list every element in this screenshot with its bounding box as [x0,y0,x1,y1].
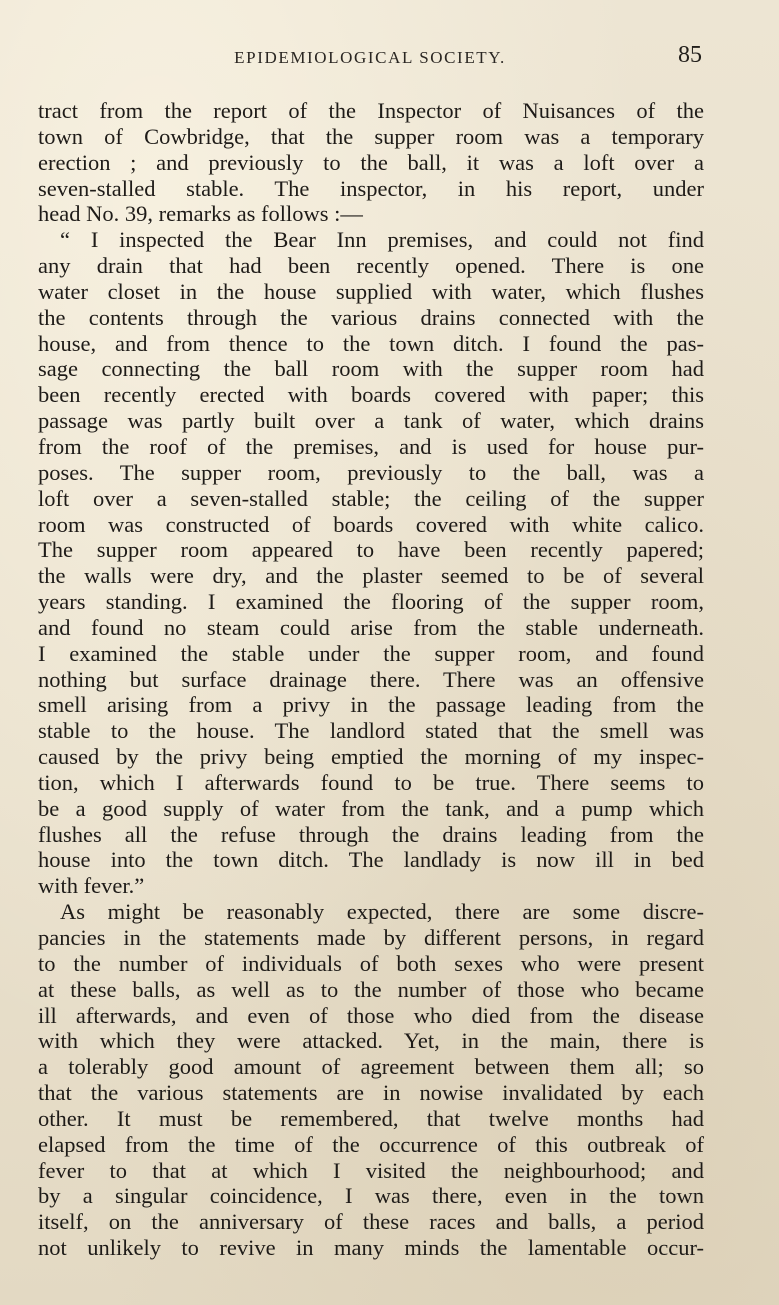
text-line: fever to that at which I visited the nei… [38,1158,704,1184]
running-head: EPIDEMIOLOGICAL SOCIETY. 85 [38,44,702,74]
text-line: and found no steam could arise from the … [38,615,704,641]
text-line: not unlikely to revive in many minds the… [38,1235,704,1261]
text-line: house into the town ditch. The landlady … [38,847,704,873]
text-line: tion, which I afterwards found to be tru… [38,770,704,796]
text-line: water closet in the house supplied with … [38,279,704,305]
text-line: by a singular coincidence, I was there, … [38,1183,704,1209]
text-line: caused by the privy being emptied the mo… [38,744,704,770]
text-line: poses. The supper room, previously to th… [38,460,704,486]
text-line: with which they were attacked. Yet, in t… [38,1028,704,1054]
text-line: The supper room appeared to have been re… [38,537,704,563]
text-line: head No. 39, remarks as follows :— [38,201,704,227]
text-line: erection ; and previously to the ball, i… [38,150,704,176]
text-line: loft over a seven-stalled stable; the ce… [38,486,704,512]
text-line: room was constructed of boards covered w… [38,512,704,538]
text-line: tract from the report of the Inspector o… [38,98,704,124]
running-title: EPIDEMIOLOGICAL SOCIETY. [38,48,702,68]
text-line: ill afterwards, and even of those who di… [38,1003,704,1029]
text-line: I examined the stable under the supper r… [38,641,704,667]
quote-end-line: with fever.” [38,873,704,899]
text-line: smell arising from a privy in the passag… [38,692,704,718]
page-number: 85 [678,42,702,69]
text-line: the walls were dry, and the plaster seem… [38,563,704,589]
text-line: elapsed from the time of the occurrence … [38,1132,704,1158]
text-line: sage connecting the ball room with the s… [38,356,704,382]
text-line: house, and from thence to the town ditch… [38,331,704,357]
text-line: a tolerably good amount of agreement bet… [38,1054,704,1080]
text-line: been recently erected with boards covere… [38,382,704,408]
text-line: itself, on the anniversary of these race… [38,1209,704,1235]
text-line: flushes all the refuse through the drain… [38,822,704,848]
text-line: to the number of individuals of both sex… [38,951,704,977]
text-line: years standing. I examined the flooring … [38,589,704,615]
paragraph-start-line: As might be reasonably expected, there a… [38,899,704,925]
quote-start-line: “ I inspected the Bear Inn premises, and… [38,227,704,253]
text-line: town of Cowbridge, that the supper room … [38,124,704,150]
text-line: be a good supply of water from the tank,… [38,796,704,822]
text-line: other. It must be remembered, that twelv… [38,1106,704,1132]
text-line: the contents through the various drains … [38,305,704,331]
text-line: any drain that had been recently opened.… [38,253,704,279]
text-line: stable to the house. The landlord stated… [38,718,704,744]
text-line: passage was partly built over a tank of … [38,408,704,434]
text-line: seven-stalled stable. The inspector, in … [38,176,704,202]
text-line: at these balls, as well as to the number… [38,977,704,1003]
text-line: that the various statements are in nowis… [38,1080,704,1106]
text-line: nothing but surface drainage there. Ther… [38,667,704,693]
text-line: from the roof of the premises, and is us… [38,434,704,460]
body-text: tract from the report of the Inspector o… [38,98,704,1261]
text-line: pancies in the statements made by differ… [38,925,704,951]
book-page: EPIDEMIOLOGICAL SOCIETY. 85 tract from t… [0,0,779,1305]
